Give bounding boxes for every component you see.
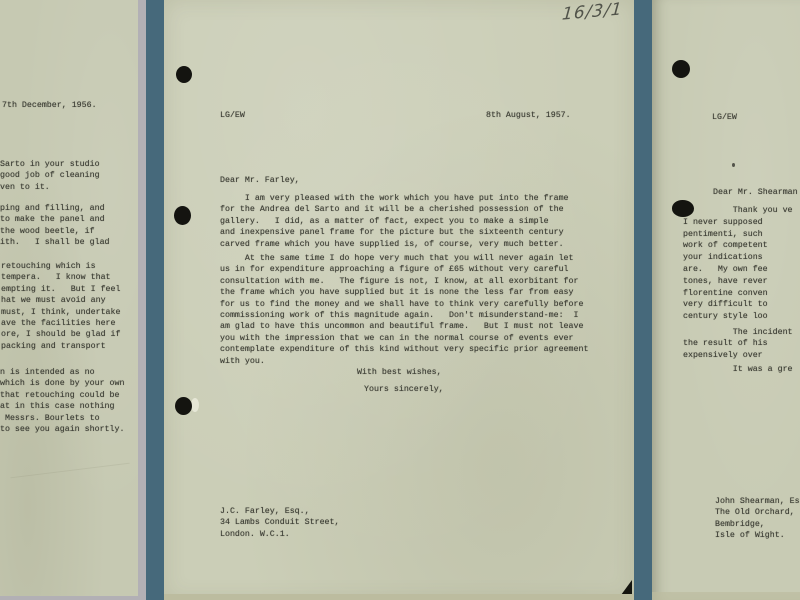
letter-date: 8th August, 1957. bbox=[486, 110, 571, 121]
recipient-address: J.C. Farley, Esq.,34 Lambs Conduit Stree… bbox=[220, 506, 340, 540]
text-line: must, I think, undertake bbox=[1, 307, 121, 318]
text-line: LG/EW bbox=[712, 112, 737, 123]
text-line: gallery. I did, as a matter of fact, exp… bbox=[220, 216, 569, 227]
right-letter-paragraph-3: It was a gre bbox=[683, 364, 793, 375]
signoff-line: Yours sincerely, bbox=[364, 384, 444, 395]
text-line: LG/EW bbox=[220, 110, 245, 121]
text-line: J.C. Farley, Esq., bbox=[220, 506, 340, 517]
text-line: your indications bbox=[683, 252, 793, 264]
text-line: the frame which you have supplied but it… bbox=[220, 287, 588, 298]
text-line: with you. bbox=[220, 356, 588, 367]
text-line: us in for expenditure approaching a figu… bbox=[220, 264, 588, 275]
reference-code: LG/EW bbox=[220, 110, 245, 121]
text-line: Thank you ve bbox=[683, 205, 793, 217]
text-line: to see you again shortly. bbox=[0, 424, 124, 435]
text-line: hat we must avoid any bbox=[1, 295, 121, 306]
reference-code: LG/EW bbox=[712, 112, 737, 123]
text-line: carved frame which you have supplied is,… bbox=[220, 239, 569, 250]
left-letter-date: 7th December, 1956. bbox=[2, 100, 97, 111]
text-line: expensively over bbox=[683, 350, 793, 361]
text-line: pentimenti, such bbox=[683, 229, 793, 241]
text-line: consultation with me. The figure is not,… bbox=[220, 276, 588, 287]
text-line: Messrs. Bourlets to bbox=[0, 413, 124, 424]
text-line: 8th August, 1957. bbox=[486, 110, 571, 121]
text-line: century style loo bbox=[683, 311, 793, 323]
text-line: and inexpensive panel frame for the pict… bbox=[220, 227, 569, 238]
text-line: am glad to have this uncommon and beauti… bbox=[220, 321, 588, 332]
text-line: good job of cleaning bbox=[0, 170, 100, 181]
hole-punch bbox=[175, 397, 192, 415]
salutation: Dear Mr. Shearman bbox=[713, 187, 798, 198]
text-line: you with the impression that we can in t… bbox=[220, 333, 588, 344]
left-letter-paragraph-2: ping and filling, andto make the panel a… bbox=[0, 203, 110, 249]
left-letter-paragraph-1: Sarto in your studiogood job of cleaning… bbox=[0, 159, 100, 193]
text-line: for us to find the money and we shall ha… bbox=[220, 299, 588, 310]
text-line: Sarto in your studio bbox=[0, 159, 100, 170]
text-line: ore, I should be glad if bbox=[1, 329, 121, 340]
text-line: retouching which is bbox=[1, 261, 121, 272]
text-line: for the Andrea del Sarto and it will be … bbox=[220, 204, 569, 215]
hole-punch bbox=[176, 66, 192, 83]
page-corner-fold bbox=[621, 580, 632, 595]
text-line: London. W.C.1. bbox=[220, 529, 340, 540]
center-page-scan[interactable]: 16/3/1 LG/EW 8th August, 1957. Dear Mr. … bbox=[164, 0, 634, 600]
text-line: empting it. But I feel bbox=[1, 284, 121, 295]
text-line: the result of his bbox=[683, 338, 793, 349]
text-line: John Shearman, Es bbox=[715, 496, 800, 507]
text-line: packing and transport bbox=[1, 341, 121, 352]
left-letter-paragraph-3: retouching which istempera. I know thate… bbox=[1, 261, 121, 352]
text-line: The incident bbox=[683, 327, 793, 338]
page-bottom-edge bbox=[652, 592, 800, 600]
text-line: which is done by your own bbox=[0, 378, 124, 389]
hole-punch bbox=[174, 206, 191, 225]
text-line: I am very pleased with the work which yo… bbox=[220, 193, 569, 204]
text-line: The Old Orchard, bbox=[715, 507, 800, 518]
text-line: It was a gre bbox=[683, 364, 793, 375]
text-line: Bembridge, bbox=[715, 519, 800, 530]
left-page-paper: 7th December, 1956. Sarto in your studio… bbox=[0, 0, 138, 596]
text-line: Yours sincerely, bbox=[364, 384, 444, 395]
text-line: At the same time I do hope very much tha… bbox=[220, 253, 588, 264]
text-line: ith. I shall be glad bbox=[0, 237, 110, 248]
text-line: ping and filling, and bbox=[0, 203, 110, 214]
right-letter-paragraph-1: Thank you veI never supposed pentimenti,… bbox=[683, 205, 793, 323]
letter-paragraph-2: At the same time I do hope very much tha… bbox=[220, 253, 588, 367]
text-line: are. My own fee bbox=[683, 264, 793, 276]
text-line: work of competent bbox=[683, 240, 793, 252]
hole-punch-notch bbox=[191, 398, 199, 412]
text-line: the wood beetle, if bbox=[0, 226, 110, 237]
text-line: to make the panel and bbox=[0, 214, 110, 225]
ink-speck bbox=[732, 163, 735, 167]
right-letter-paragraph-2: The incidentthe result of hisexpensively… bbox=[683, 327, 793, 361]
text-line: I never supposed bbox=[683, 217, 793, 229]
text-line: contemplate expenditure of this kind wit… bbox=[220, 344, 588, 355]
closing-line: With best wishes, bbox=[357, 367, 442, 378]
text-line: tones, have rever bbox=[683, 276, 793, 288]
text-line: tempera. I know that bbox=[1, 272, 121, 283]
page-bottom-edge bbox=[164, 594, 634, 600]
left-letter-paragraph-4: n is intended as nowhich is done by your… bbox=[0, 367, 124, 435]
hole-punch bbox=[672, 60, 690, 78]
handwritten-annotation: 16/3/1 bbox=[561, 0, 623, 25]
text-line: at in this case nothing bbox=[0, 401, 124, 412]
right-page-scan[interactable]: LG/EW Dear Mr. Shearman Thank you veI ne… bbox=[652, 0, 800, 600]
text-line: Dear Mr. Shearman bbox=[713, 187, 798, 198]
text-line: 34 Lambs Conduit Street, bbox=[220, 517, 340, 528]
text-line: ave the facilities here bbox=[1, 318, 121, 329]
text-line: commissioning work of this magnitude aga… bbox=[220, 310, 588, 321]
text-line: With best wishes, bbox=[357, 367, 442, 378]
letter-paragraph-1: I am very pleased with the work which yo… bbox=[220, 193, 569, 250]
text-line: Isle of Wight. bbox=[715, 530, 800, 541]
text-line: ven to it. bbox=[0, 182, 100, 193]
document-viewer: { "colors": { "bg": "#46697b", "paper": … bbox=[0, 0, 800, 600]
recipient-address: John Shearman, EsThe Old Orchard,Bembrid… bbox=[715, 496, 800, 542]
left-page-scan[interactable]: 7th December, 1956. Sarto in your studio… bbox=[0, 0, 146, 600]
text-line: n is intended as no bbox=[0, 367, 124, 378]
text-line: Dear Mr. Farley, bbox=[220, 175, 300, 186]
text-line: 7th December, 1956. bbox=[2, 100, 97, 111]
text-line: very difficult to bbox=[683, 299, 793, 311]
salutation: Dear Mr. Farley, bbox=[220, 175, 300, 186]
text-line: that retouching could be bbox=[0, 390, 124, 401]
text-line: florentine conven bbox=[683, 288, 793, 300]
